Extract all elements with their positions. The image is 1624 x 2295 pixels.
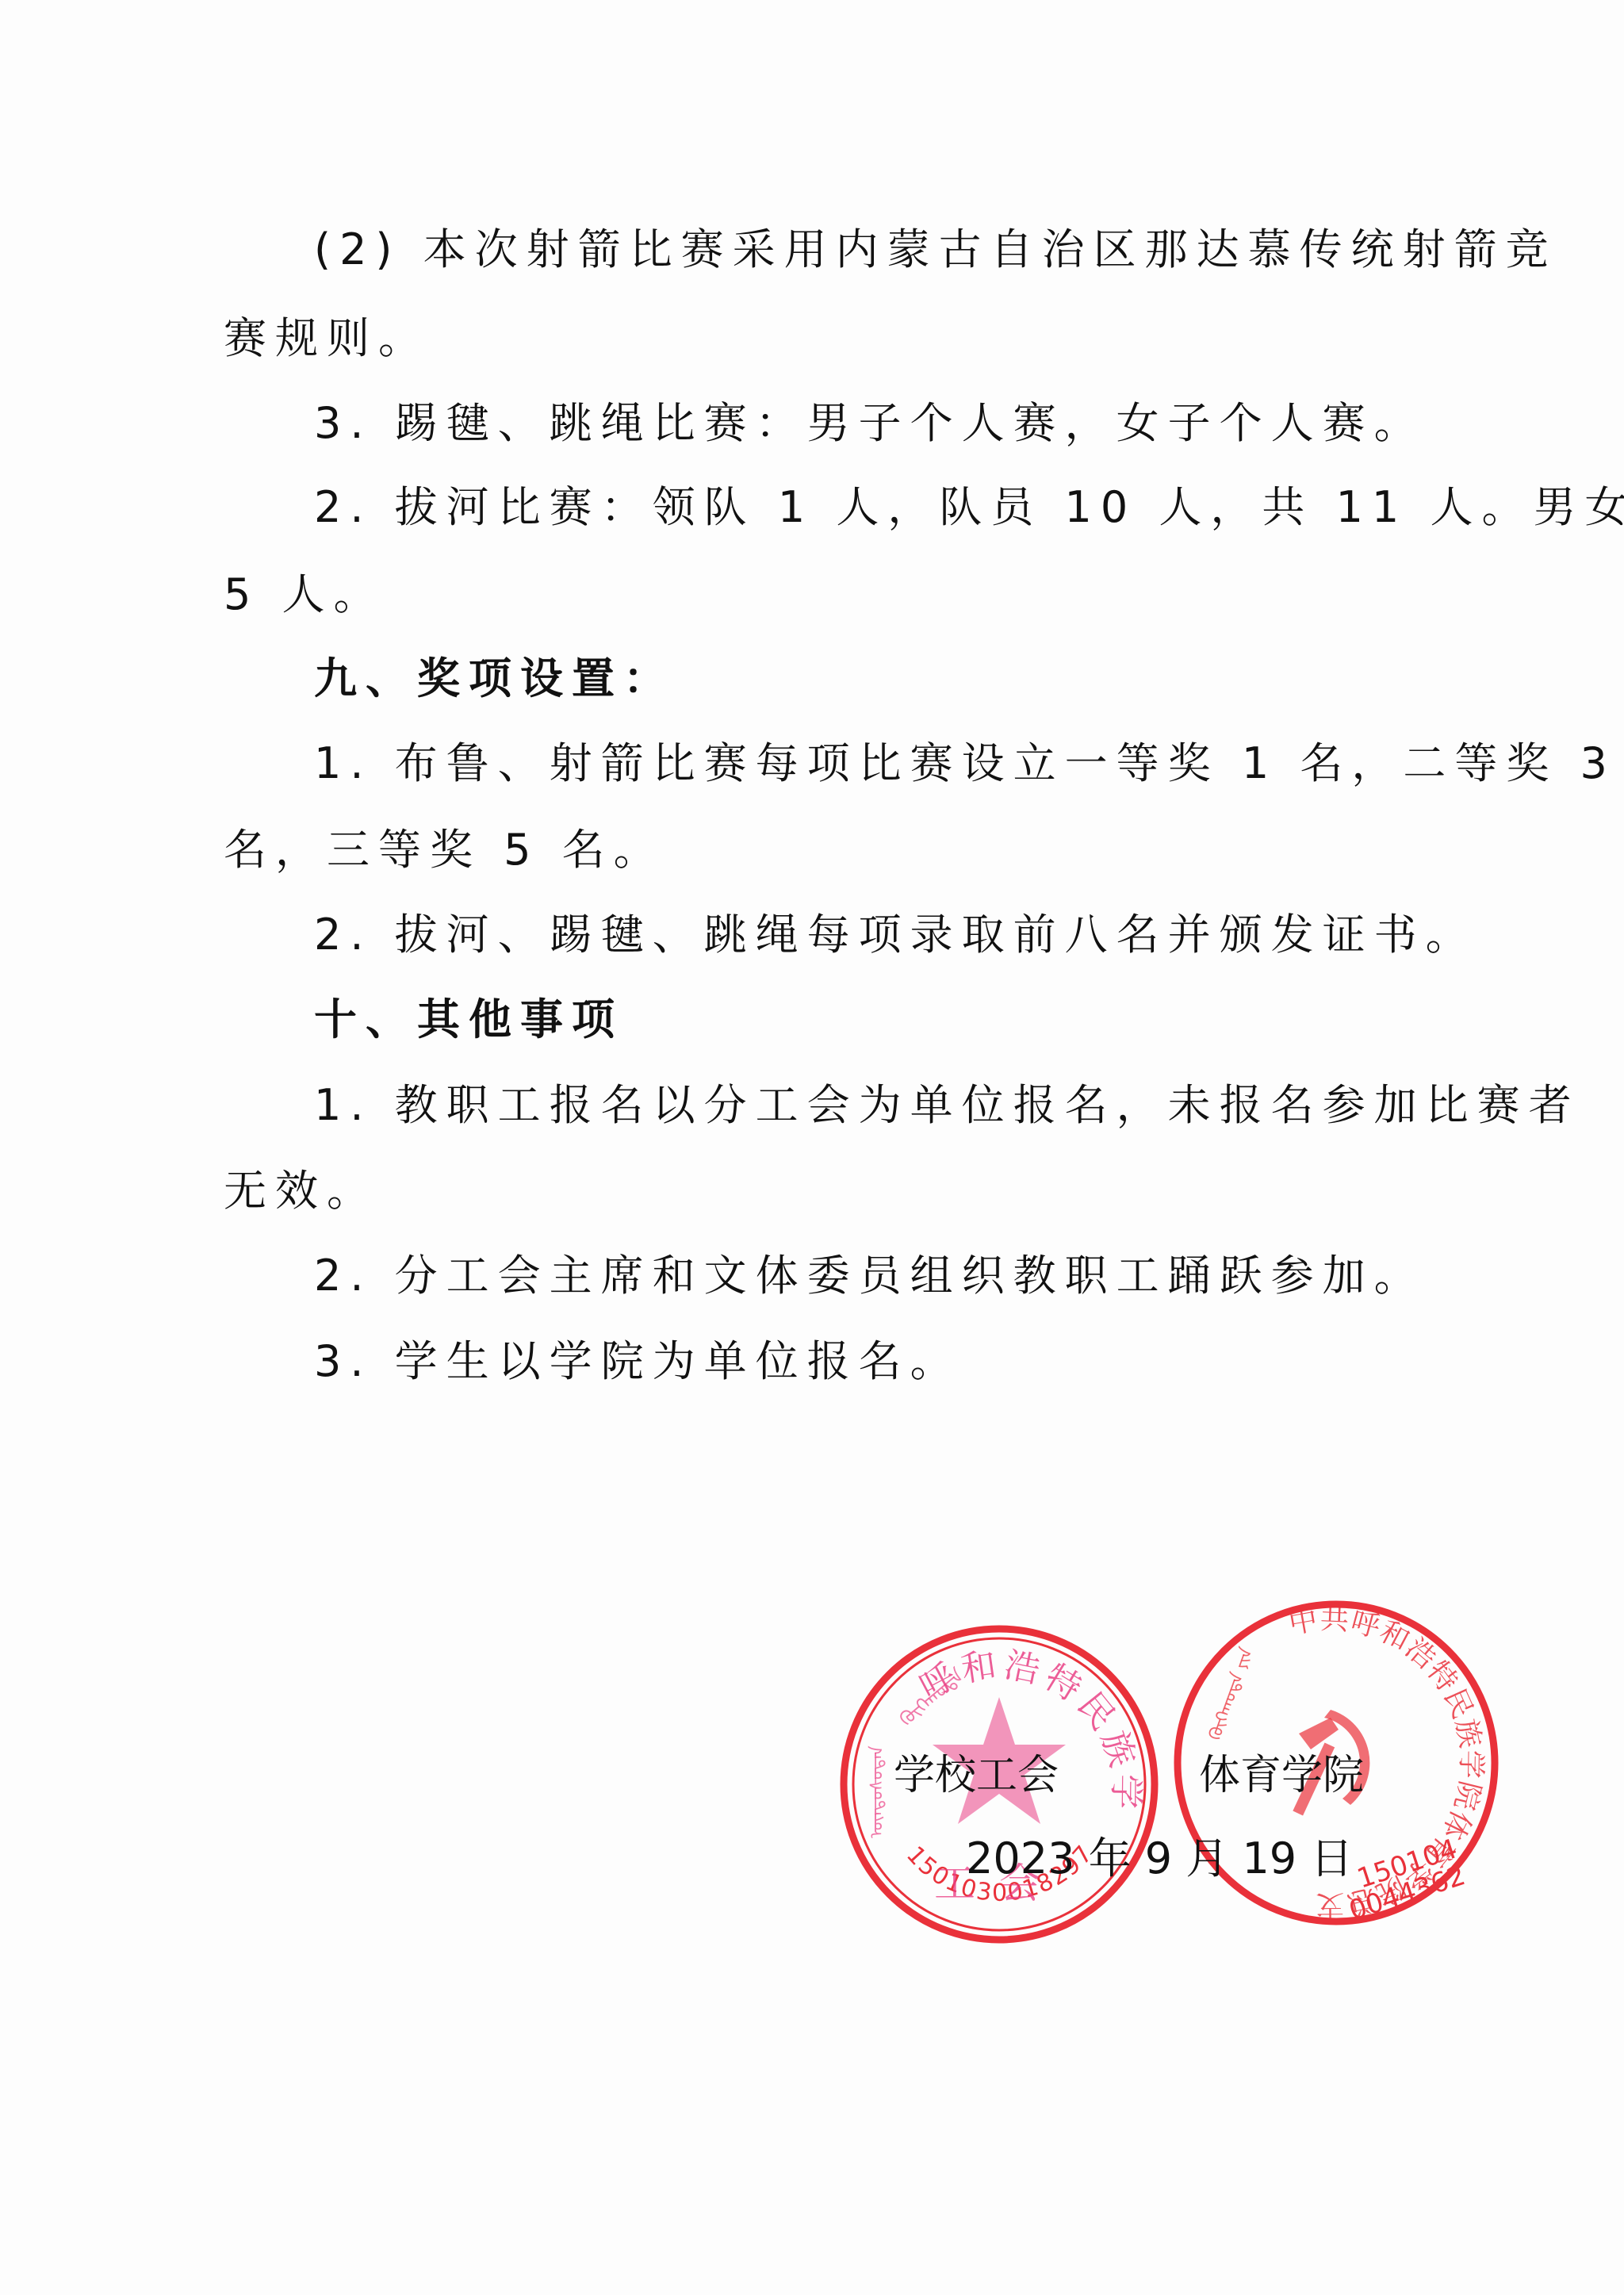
signatory-school-union: 学校工会 [894, 1751, 1059, 1800]
paragraph-line: 1. 布鲁、射箭比赛每项比赛设立一等奖 1 名，二等奖 3 [314, 738, 1616, 789]
paragraph-line: 3. 踢毽、跳绳比赛：男子个人赛，女子个人赛。 [314, 398, 1426, 449]
svg-text:ᠦᠨᠳᠦᠰᠦᠲᠡᠨ: ᠦᠨᠳᠦᠰᠦᠲᠡᠨ [868, 1745, 887, 1838]
paragraph-line: 3. 学生以学院为单位报名。 [314, 1336, 962, 1387]
paragraph-line: 2. 拔河、踢毽、跳绳每项录取前八名并颁发证书。 [314, 910, 1477, 960]
document-date: 2023 年 9 月 19 日 [966, 1834, 1353, 1883]
paragraph-line: (2) 本次射箭比赛采用内蒙古自治区那达慕传统射箭竞 [314, 224, 1557, 275]
paragraph-line: 名，三等奖 5 名。 [224, 825, 665, 875]
paragraph-line: 2. 拔河比赛：领队 1 人，队员 10 人，共 11 人。男女各 [314, 482, 1624, 533]
document-page: (2) 本次射箭比赛采用内蒙古自治区那达慕传统射箭竞 赛规则。 3. 踢毽、跳绳… [0, 0, 1624, 2295]
paragraph-line: 2. 分工会主席和文体委员组织教职工踊跃参加。 [314, 1251, 1426, 1301]
paragraph-line: 1. 教职工报名以分工会为单位报名，未报名参加比赛者 [314, 1080, 1580, 1131]
signatory-pe-college: 体育学院 [1199, 1751, 1364, 1800]
section-heading-other: 十、其他事项 [314, 994, 623, 1045]
paragraph-line: 5 人。 [224, 569, 385, 620]
section-heading-awards: 九、奖项设置： [314, 653, 675, 704]
paragraph-line: 无效。 [224, 1166, 378, 1216]
paragraph-line: 赛规则。 [224, 313, 430, 364]
